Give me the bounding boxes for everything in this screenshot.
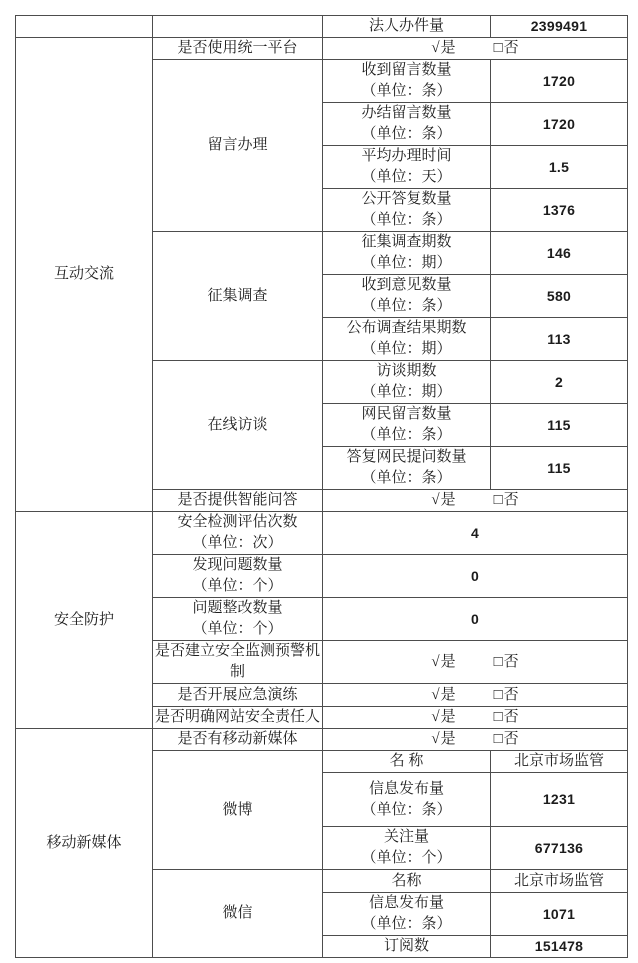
no-label: 否 <box>504 687 519 703</box>
metric-label: 网民留言数量 <box>323 404 490 425</box>
metric-label: 关注量 <box>323 827 490 848</box>
has-media-label-cell: 是否有移动新媒体 <box>153 729 323 751</box>
no-label: 否 <box>504 492 519 508</box>
metric-label: 安全检测评估次数 <box>153 512 322 533</box>
metric-label: 公开答复数量 <box>323 189 490 210</box>
metric-value-cell: 1720 <box>491 103 628 146</box>
check-icon: √ <box>431 654 439 670</box>
no-option: □否 <box>494 38 519 59</box>
metric-value-cell: 115 <box>491 447 628 490</box>
yes-option: √是 <box>431 652 455 673</box>
wechat-name-label-cell: 名称 <box>323 870 491 893</box>
metric-value-cell: 113 <box>491 318 628 361</box>
yes-no-cell: √是 □否 <box>323 684 628 707</box>
subscribe-value-cell: 151478 <box>491 936 628 958</box>
yes-label: 是 <box>441 731 456 747</box>
metric-unit: （单位：条） <box>323 124 490 145</box>
report-table: 法人办件量 2399491 互动交流 是否使用统一平台 √是 □否 留言办理 收… <box>15 15 628 958</box>
yes-label: 是 <box>441 40 456 56</box>
metric-label: 答复网民提问数量 <box>323 447 490 468</box>
check-icon: √ <box>431 492 439 508</box>
metric-unit: （单位：期） <box>323 339 490 360</box>
metric-value-cell: 0 <box>323 555 628 598</box>
yes-label: 是 <box>441 492 456 508</box>
metric-unit: （单位：条） <box>323 296 490 317</box>
no-label: 否 <box>504 40 519 56</box>
metric-value-cell: 146 <box>491 232 628 275</box>
metric-value-cell: 4 <box>323 512 628 555</box>
group-title-wechat: 微信 <box>153 870 323 958</box>
yes-label: 是 <box>441 687 456 703</box>
metric-unit: （单位：条） <box>323 468 490 489</box>
section-title-security: 安全防护 <box>16 512 153 729</box>
weibo-name-label-cell: 名 称 <box>323 751 491 773</box>
yes-option: √是 <box>431 490 455 511</box>
yes-option: √是 <box>431 685 455 706</box>
yes-option: √是 <box>431 729 455 750</box>
metric-unit: （单位：期） <box>323 382 490 403</box>
checkbox-square-icon: □ <box>494 492 503 508</box>
no-label: 否 <box>504 731 519 747</box>
metric-label-cell: 法人办件量 <box>323 16 491 38</box>
metric-unit: （单位：天） <box>323 167 490 188</box>
wechat-name-value-cell: 北京市场监管 <box>491 870 628 893</box>
metric-value-cell: 1231 <box>491 773 628 827</box>
yes-no-options: √是 □否 <box>323 729 627 750</box>
emergency-drill-label-cell: 是否开展应急演练 <box>153 684 323 707</box>
metric-unit: （单位：个） <box>153 576 322 597</box>
security-warning-label-cell: 是否建立安全监测预警机 制 <box>153 641 323 684</box>
yes-option: √是 <box>431 707 455 728</box>
checkbox-square-icon: □ <box>494 654 503 670</box>
metric-label-cell: 公布调查结果期数 （单位：期） <box>323 318 491 361</box>
metric-label-cell: 办结留言数量 （单位：条） <box>323 103 491 146</box>
smart-qa-label-cell: 是否提供智能问答 <box>153 490 323 512</box>
no-label: 否 <box>504 709 519 725</box>
metric-unit: （单位：条） <box>323 210 490 231</box>
metric-label-cell: 信息发布量 （单位：条） <box>323 893 491 936</box>
group-title-interview: 在线访谈 <box>153 361 323 490</box>
yes-no-cell: √是 □否 <box>323 729 628 751</box>
metric-unit: （单位：条） <box>323 914 490 935</box>
metric-label-cell: 答复网民提问数量 （单位：条） <box>323 447 491 490</box>
checkbox-square-icon: □ <box>494 687 503 703</box>
table-row: 安全防护 安全检测评估次数 （单位：次） 4 <box>16 512 628 555</box>
subscribe-label-cell: 订阅数 <box>323 936 491 958</box>
metric-label: 信息发布量 <box>323 893 490 914</box>
no-option: □否 <box>494 729 519 750</box>
table-row: 移动新媒体 是否有移动新媒体 √是 □否 <box>16 729 628 751</box>
no-option: □否 <box>494 707 519 728</box>
metric-label-cell: 访谈期数 （单位：期） <box>323 361 491 404</box>
group-title-weibo: 微博 <box>153 751 323 870</box>
table-row: 法人办件量 2399491 <box>16 16 628 38</box>
metric-label-cell: 平均办理时间 （单位：天） <box>323 146 491 189</box>
metric-value-cell: 2399491 <box>491 16 628 38</box>
metric-unit: （单位：期） <box>323 253 490 274</box>
checkbox-square-icon: □ <box>494 731 503 747</box>
metric-label: 是否建立安全监测预警机 <box>153 641 322 662</box>
yes-no-options: √是 □否 <box>323 707 627 728</box>
metric-label: 收到意见数量 <box>323 275 490 296</box>
section-title-new-media: 移动新媒体 <box>16 729 153 958</box>
security-owner-label-cell: 是否明确网站安全责任人 <box>153 707 323 729</box>
metric-label-cell: 收到意见数量 （单位：条） <box>323 275 491 318</box>
metric-value-cell: 677136 <box>491 827 628 870</box>
yes-no-options: √是 □否 <box>323 652 627 673</box>
metric-label: 平均办理时间 <box>323 146 490 167</box>
metric-value-cell: 1720 <box>491 60 628 103</box>
yes-no-cell: √是 □否 <box>323 38 628 60</box>
metric-value-cell: 1376 <box>491 189 628 232</box>
metric-label-cell: 网民留言数量 （单位：条） <box>323 404 491 447</box>
no-option: □否 <box>494 490 519 511</box>
yes-no-options: √是 □否 <box>323 490 627 511</box>
checkbox-square-icon: □ <box>494 709 503 725</box>
metric-label-cell: 安全检测评估次数 （单位：次） <box>153 512 323 555</box>
metric-label: 信息发布量 <box>323 779 490 800</box>
metric-label-cell: 公开答复数量 （单位：条） <box>323 189 491 232</box>
metric-label-cell: 发现问题数量 （单位：个） <box>153 555 323 598</box>
check-icon: √ <box>431 731 439 747</box>
empty-cell <box>16 16 153 38</box>
metric-value-cell: 580 <box>491 275 628 318</box>
yes-no-options: √是 □否 <box>323 38 627 59</box>
yes-label: 是 <box>441 654 456 670</box>
metric-label-cell: 关注量 （单位：个） <box>323 827 491 870</box>
metric-label: 访谈期数 <box>323 361 490 382</box>
metric-label: 发现问题数量 <box>153 555 322 576</box>
metric-label: 办结留言数量 <box>323 103 490 124</box>
metric-value-cell: 1071 <box>491 893 628 936</box>
group-title-survey: 征集调查 <box>153 232 323 361</box>
metric-label-cell: 收到留言数量 （单位：条） <box>323 60 491 103</box>
weibo-name-value-cell: 北京市场监管 <box>491 751 628 773</box>
check-icon: √ <box>431 40 439 56</box>
checkbox-square-icon: □ <box>494 40 503 56</box>
no-option: □否 <box>494 652 519 673</box>
metric-unit: （单位：条） <box>323 81 490 102</box>
yes-no-cell: √是 □否 <box>323 490 628 512</box>
yes-no-cell: √是 □否 <box>323 707 628 729</box>
metric-value-cell: 0 <box>323 598 628 641</box>
metric-unit: （单位：个） <box>153 619 322 640</box>
metric-label: 制 <box>153 662 322 683</box>
table-row: 互动交流 是否使用统一平台 √是 □否 <box>16 38 628 60</box>
metric-value-cell: 2 <box>491 361 628 404</box>
metric-label-cell: 征集调查期数 （单位：期） <box>323 232 491 275</box>
metric-label-cell: 信息发布量 （单位：条） <box>323 773 491 827</box>
unified-platform-label-cell: 是否使用统一平台 <box>153 38 323 60</box>
no-option: □否 <box>494 685 519 706</box>
metric-label: 问题整改数量 <box>153 598 322 619</box>
metric-label: 收到留言数量 <box>323 60 490 81</box>
metric-value-cell: 1.5 <box>491 146 628 189</box>
metric-unit: （单位：次） <box>153 533 322 554</box>
no-label: 否 <box>504 654 519 670</box>
yes-option: √是 <box>431 38 455 59</box>
check-icon: √ <box>431 687 439 703</box>
metric-value-cell: 115 <box>491 404 628 447</box>
check-icon: √ <box>431 709 439 725</box>
metric-unit: （单位：个） <box>323 848 490 869</box>
yes-no-options: √是 □否 <box>323 685 627 706</box>
metric-unit: （单位：条） <box>323 800 490 821</box>
metric-label-cell: 问题整改数量 （单位：个） <box>153 598 323 641</box>
report-sheet: 法人办件量 2399491 互动交流 是否使用统一平台 √是 □否 留言办理 收… <box>15 15 628 958</box>
section-title-interaction: 互动交流 <box>16 38 153 512</box>
group-title-message-handling: 留言办理 <box>153 60 323 232</box>
empty-cell <box>153 16 323 38</box>
yes-no-cell: √是 □否 <box>323 641 628 684</box>
metric-label: 公布调查结果期数 <box>323 318 490 339</box>
metric-label: 征集调查期数 <box>323 232 490 253</box>
yes-label: 是 <box>441 709 456 725</box>
metric-unit: （单位：条） <box>323 425 490 446</box>
